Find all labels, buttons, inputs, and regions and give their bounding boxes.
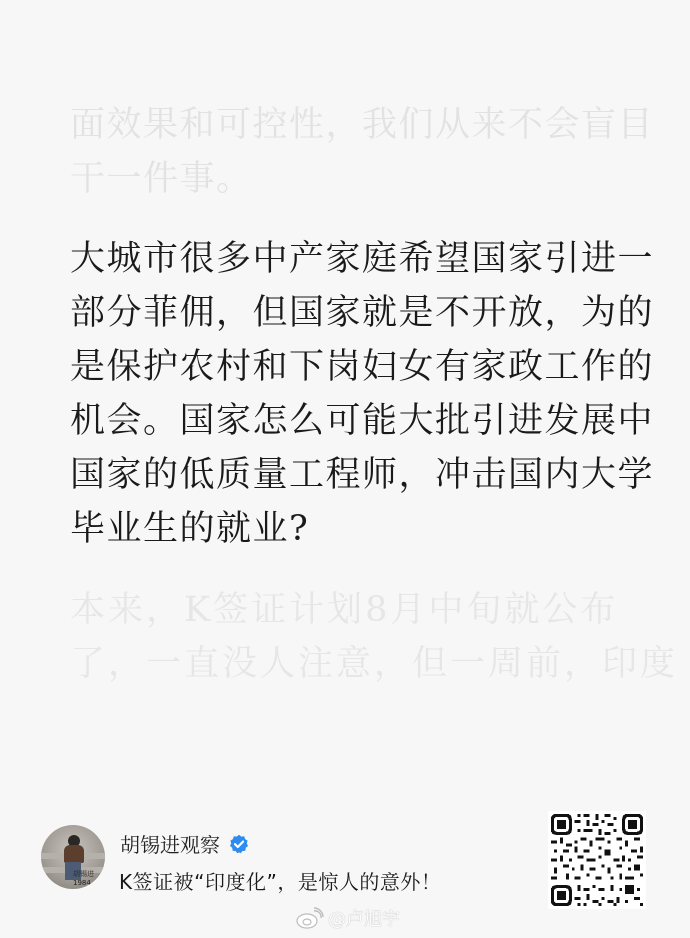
watermark-text: @卢旭宇 xyxy=(328,905,400,931)
author-name-row[interactable]: 胡锡进观察 xyxy=(120,829,249,858)
author-name[interactable]: 胡锡进观察 xyxy=(120,829,220,858)
text-line: 本来，K签证计划8月中旬就公布 xyxy=(70,583,630,637)
avatar-person-body xyxy=(64,845,84,863)
weibo-icon xyxy=(296,907,324,929)
avatar[interactable]: 胡锡进 1984 xyxy=(41,825,105,889)
main-paragraph: 大城市很多中产家庭希望国家引进一 部分菲佣，但国家就是不开放，为的 是保护农村和… xyxy=(70,232,630,556)
text-line: 机会。国家怎么可能大批引进发展中 xyxy=(70,394,630,448)
text-line: 是保护农村和下岗妇女有家政工作的 xyxy=(70,340,630,394)
article-headline[interactable]: K签证被“印度化”，是惊人的意外！ xyxy=(119,866,441,895)
verified-badge-icon xyxy=(229,834,249,854)
text-line: 国家的低质量工程师，冲击国内大学 xyxy=(70,448,630,502)
text-line: 大城市很多中产家庭希望国家引进一 xyxy=(70,232,630,286)
faded-paragraph-top: 面效果和可控性，我们从来不会盲目 干一件事。 xyxy=(70,98,630,206)
weibo-watermark: @卢旭宇 xyxy=(296,905,400,931)
text-line: 面效果和可控性，我们从来不会盲目 xyxy=(70,98,630,152)
text-line: 干一件事。 xyxy=(70,152,630,206)
avatar-signature: 胡锡进 1984 xyxy=(73,869,105,887)
text-line: 毕业生的就业? xyxy=(70,502,630,556)
text-line: 了，一直没人注意，但一周前，印度 xyxy=(70,637,630,691)
text-line: 部分菲佣，但国家就是不开放，为的 xyxy=(70,286,630,340)
qr-code-icon[interactable] xyxy=(548,811,646,909)
faded-paragraph-bottom: 本来，K签证计划8月中旬就公布 了，一直没人注意，但一周前，印度 xyxy=(70,583,630,691)
